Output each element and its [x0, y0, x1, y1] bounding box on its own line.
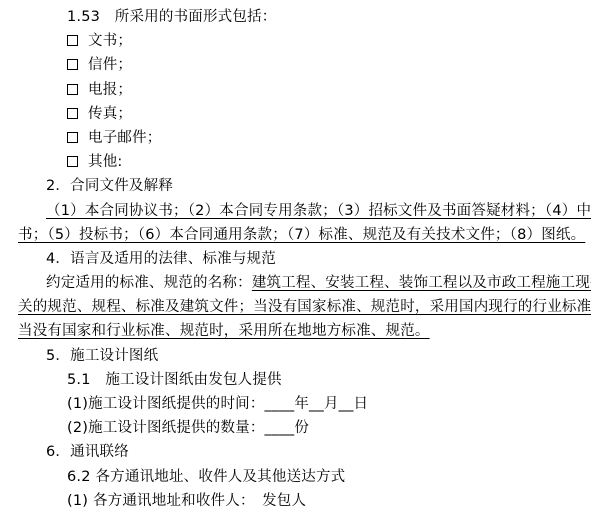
checkbox-icon[interactable] [67, 84, 78, 95]
section-4-filled-line-2: 关的规范、规程、标准及建筑文件；当没有国家标准、规范时，采用国内现行的行业标准、… [18, 295, 591, 319]
written-form-option-letter: 信件； [18, 53, 591, 77]
option-label: 电报； [88, 82, 132, 98]
option-label: 文书； [88, 33, 132, 49]
section-6-heading: 6．通讯联络 [18, 440, 591, 464]
section-6-communication: 6．通讯联络 6.2 各方通讯地址、收件人及其他送达方式 (1) 各方通讯地址和… [18, 440, 591, 513]
section-2-filled-line-2: 书；（5）投标书；（6）本合同通用条款；（7）标准、规范及有关技术文件；（8）图… [18, 223, 591, 247]
section-4-intro-line: 约定适用的标准、规范的名称：建筑工程、安装工程、装饰工程以及市政工程施工现行国家… [18, 271, 591, 295]
section-2-heading: 2．合同文件及解释 [18, 174, 591, 198]
contract-document-page: 1.53 所采用的书面形式包括： 文书； 信件； 电报； 传真； 电子邮件； 其… [0, 0, 605, 516]
section-6-sub-heading: 6.2 各方通讯地址、收件人及其他送达方式 [18, 465, 591, 489]
clause-1-53: 1.53 所采用的书面形式包括： 文书； 信件； 电报； 传真； 电子邮件； 其… [18, 5, 591, 174]
section-4-filled-line-3: 当没有国家和行业标准、规范时，采用所在地地方标准、规范。 [18, 319, 591, 343]
option-label: 其他: [88, 154, 123, 170]
section-5-item-drawing-time: (1)施工设计图纸提供的时间：____年__月__日 [18, 392, 591, 416]
checkbox-icon[interactable] [67, 108, 78, 119]
written-form-option-email: 电子邮件； [18, 126, 591, 150]
section-4-language-standards: 4．语言及适用的法律、标准与规范 约定适用的标准、规范的名称：建筑工程、安装工程… [18, 247, 591, 344]
written-form-option-fax: 传真； [18, 102, 591, 126]
clause-1-53-heading: 1.53 所采用的书面形式包括： [18, 5, 591, 29]
checkbox-icon[interactable] [67, 156, 78, 167]
option-label: 电子邮件； [88, 130, 162, 146]
section-4-intro: 约定适用的标准、规范的名称： [46, 275, 252, 291]
section-4-heading: 4．语言及适用的法律、标准与规范 [18, 247, 591, 271]
section-5-sub-heading: 5.1 施工设计图纸由发包人提供 [18, 368, 591, 392]
checkbox-icon[interactable] [67, 59, 78, 70]
written-form-option-document: 文书； [18, 29, 591, 53]
section-5-item-drawing-quantity: (2)施工设计图纸提供的数量：____份 [18, 416, 591, 440]
section-2-filled-line-1: （1）本合同协议书；（2）本合同专用条款；（3）招标文件及书面答疑材料；（4）中… [18, 199, 591, 223]
section-6-item-addresses: (1) 各方通讯地址和收件人： 发包人 [18, 489, 591, 513]
section-4-filled-line-1: 建筑工程、安装工程、装饰工程以及市政工程施工现行国家有 [252, 275, 591, 291]
checkbox-icon[interactable] [67, 132, 78, 143]
section-5-design-drawings: 5．施工设计图纸 5.1 施工设计图纸由发包人提供 (1)施工设计图纸提供的时间… [18, 344, 591, 441]
option-label: 传真； [88, 106, 132, 122]
section-5-heading: 5．施工设计图纸 [18, 344, 591, 368]
checkbox-icon[interactable] [67, 35, 78, 46]
option-label: 信件； [88, 57, 132, 73]
written-form-option-other: 其他: [18, 150, 591, 174]
section-2-contract-documents: 2．合同文件及解释 （1）本合同协议书；（2）本合同专用条款；（3）招标文件及书… [18, 174, 591, 247]
written-form-option-telegram: 电报； [18, 78, 591, 102]
